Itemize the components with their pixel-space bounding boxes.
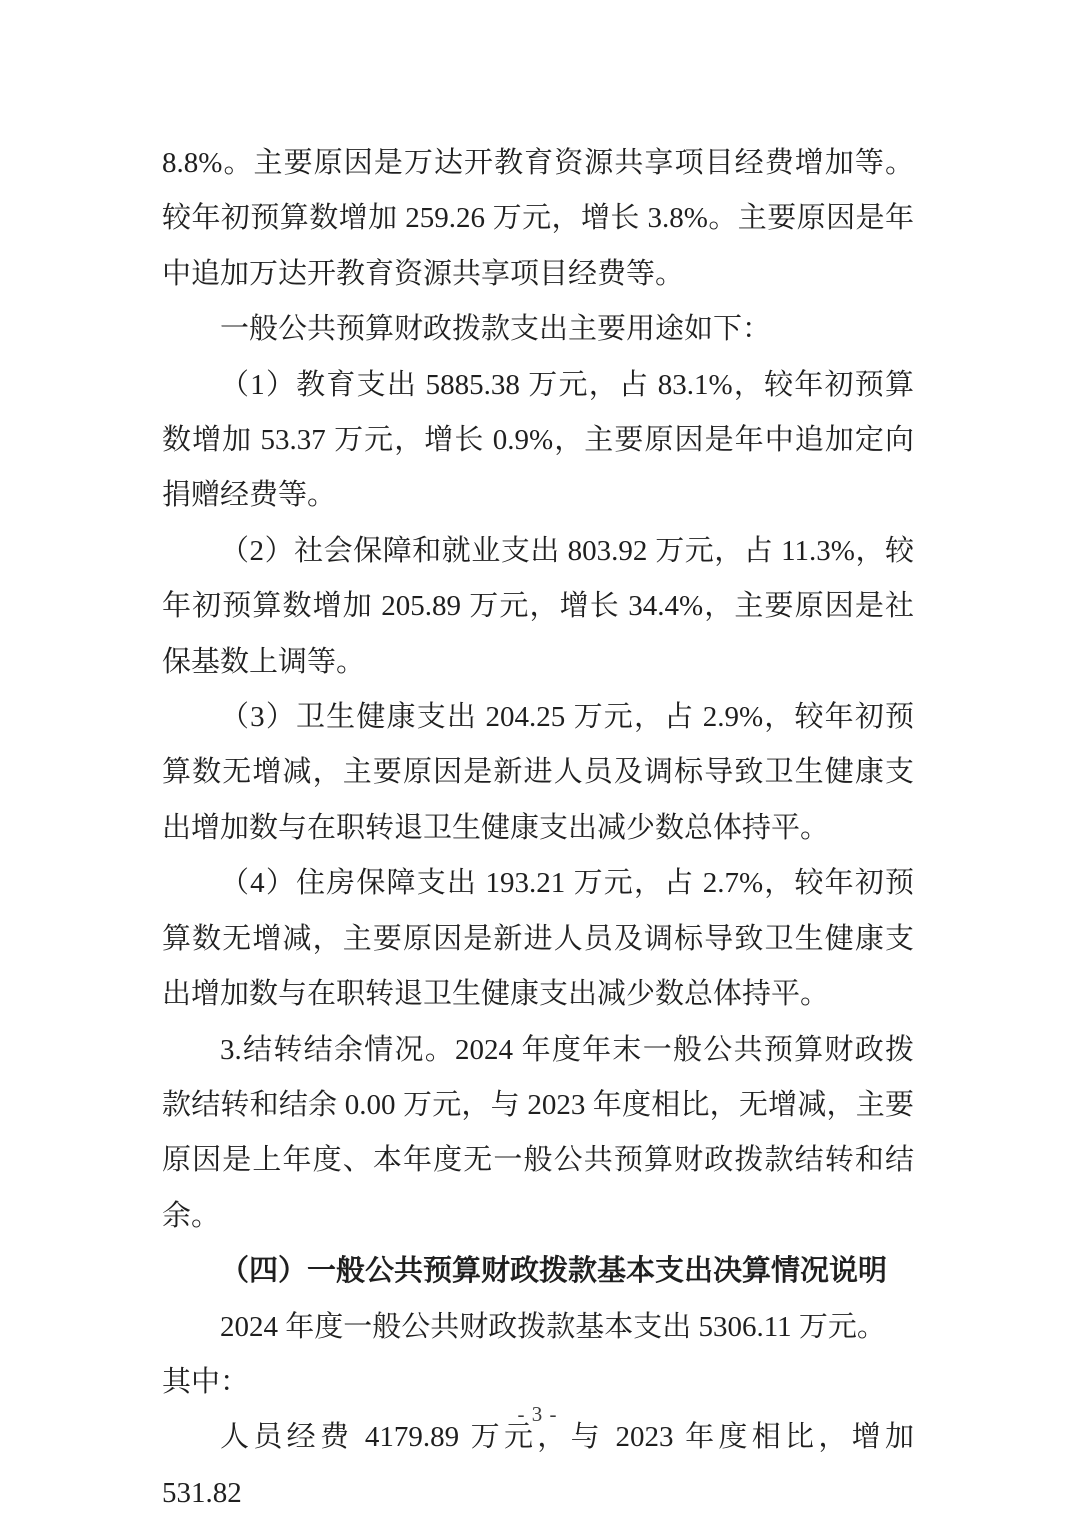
- para-item-education: （1）教育支出 5885.38 万元，占 83.1%，较年初预算数增加 53.3…: [162, 358, 914, 524]
- document-page: 8.8%。主要原因是万达开教育资源共享项目经费增加等。较年初预算数增加 259.…: [0, 0, 1075, 1520]
- para-usage-intro: 一般公共预算财政拨款支出主要用途如下：: [162, 302, 914, 357]
- para-overview-continuation: 8.8%。主要原因是万达开教育资源共享项目经费增加等。较年初预算数增加 259.…: [162, 136, 914, 302]
- heading-section-four: （四）一般公共预算财政拨款基本支出决算情况说明: [162, 1244, 914, 1299]
- para-item-health: （3）卫生健康支出 204.25 万元，占 2.9%，较年初预算数无增减，主要原…: [162, 690, 914, 856]
- para-carryover-balance: 3.结转结余情况。2024 年度年末一般公共预算财政拨款结转和结余 0.00 万…: [162, 1023, 914, 1245]
- para-item-social-security: （2）社会保障和就业支出 803.92 万元，占 11.3%，较年初预算数增加 …: [162, 524, 914, 690]
- page-number: - 3 -: [0, 1400, 1075, 1428]
- para-item-housing: （4）住房保障支出 193.21 万元，占 2.7%，较年初预算数无增减，主要原…: [162, 856, 914, 1022]
- document-body: 8.8%。主要原因是万达开教育资源共享项目经费增加等。较年初预算数增加 259.…: [162, 136, 914, 1520]
- para-basic-expenditure-total: 2024 年度一般公共财政拨款基本支出 5306.11 万元。: [162, 1300, 914, 1355]
